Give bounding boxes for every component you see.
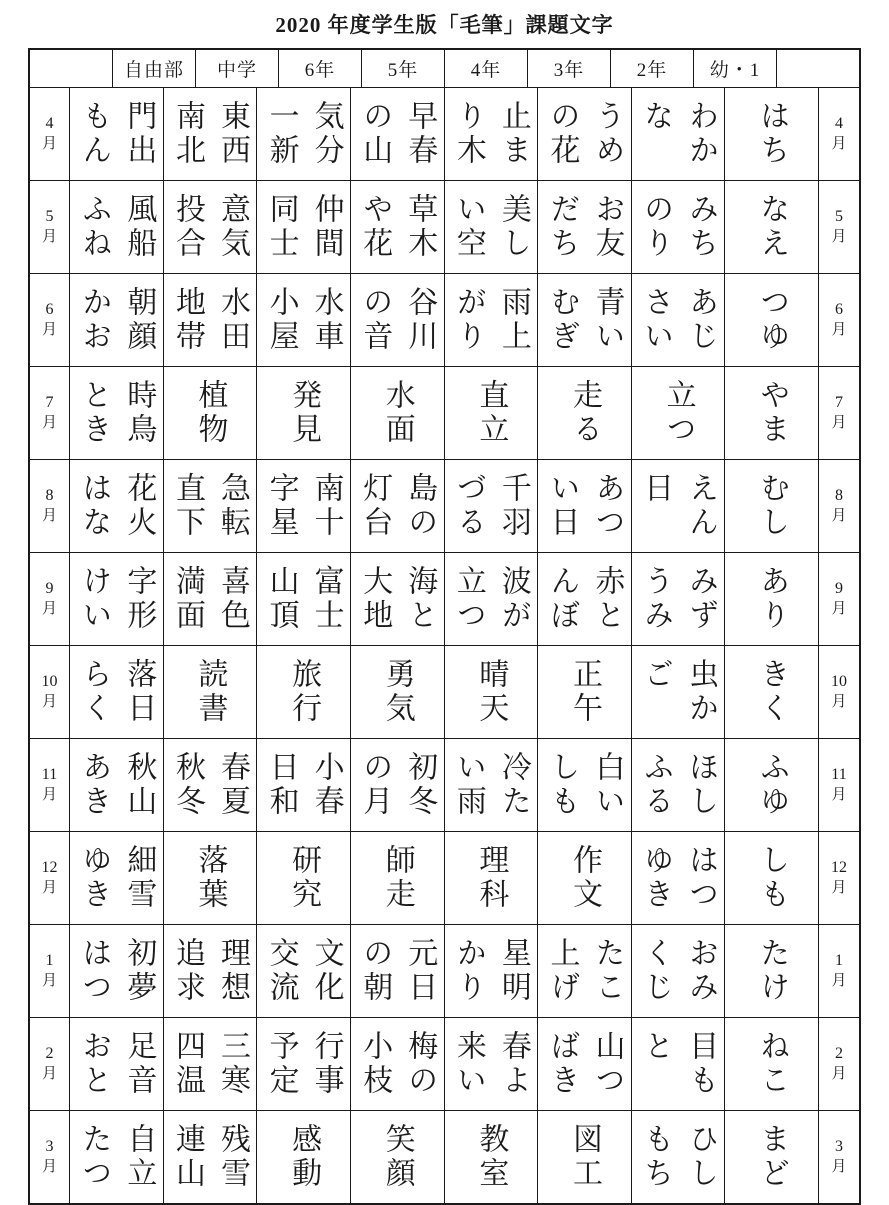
cell-text: 仲間 同士 <box>259 193 349 261</box>
month-cell-right: 7 月 <box>819 367 859 459</box>
cell-text: 元日 の朝 <box>352 937 442 1005</box>
cell-text: みち のり <box>633 193 723 261</box>
cell-5nen: 梅の 小枝 <box>351 1018 445 1110</box>
month-cell-left: 3 月 <box>30 1111 70 1203</box>
cell-text: 立つ <box>656 379 701 447</box>
cell-yoichi: しも <box>725 832 819 924</box>
cell-6nen: 旅行 <box>257 646 351 738</box>
cell-3nen: あつ い日 <box>538 460 632 552</box>
cell-text: たこ 上げ <box>539 937 629 1005</box>
table-row: 9 月 字形 けい 喜色 満面 富士 山頂 海と 大地 波が 立つ 赤と んぼ … <box>30 552 859 645</box>
cell-text: 初夢 はつ <box>71 937 161 1005</box>
month-cell-left: 7 月 <box>30 367 70 459</box>
cell-text: 初冬 の月 <box>352 751 442 819</box>
cell-text: 富士 山頂 <box>259 565 349 633</box>
month-number: 11 <box>831 767 846 783</box>
cell-text: ふゆ <box>749 751 794 819</box>
cell-text: 島の 灯台 <box>352 472 442 540</box>
cell-5nen: 草木 や花 <box>351 181 445 273</box>
cell-text: 三寒 四温 <box>165 1030 255 1098</box>
month-cell-left: 11 月 <box>30 739 70 831</box>
cell-3nen: 山つ ばき <box>538 1018 632 1110</box>
cell-4nen: 春よ 来い <box>445 1018 539 1110</box>
cell-3nen: 赤と んぼ <box>538 553 632 645</box>
cell-yoichi: たけ <box>725 925 819 1017</box>
cell-6nen: 富士 山頂 <box>257 553 351 645</box>
cell-text: 水面 <box>375 379 420 447</box>
cell-2nen: はつ ゆき <box>632 832 726 924</box>
cell-chugaku: 落葉 <box>164 832 258 924</box>
cell-jiyubu: 朝顔 かお <box>70 274 164 366</box>
month-cell-left: 2 月 <box>30 1018 70 1110</box>
cell-text: 直立 <box>468 379 513 447</box>
cell-5nen: 島の 灯台 <box>351 460 445 552</box>
month-cell-right: 1 月 <box>819 925 859 1017</box>
month-suffix: 月 <box>831 416 846 431</box>
cell-yoichi: ねこ <box>725 1018 819 1110</box>
cell-2nen: みず うみ <box>632 553 726 645</box>
month-cell-right: 5 月 <box>819 181 859 273</box>
cell-text: 山つ ばき <box>539 1030 629 1098</box>
cell-text: 白い しも <box>539 751 629 819</box>
cell-2nen: ひし もち <box>632 1111 726 1203</box>
cell-text: 秋山 あき <box>71 751 161 819</box>
month-cell-left: 10 月 <box>30 646 70 738</box>
cell-text: 春よ 来い <box>446 1030 536 1098</box>
cell-4nen: 直立 <box>445 367 539 459</box>
month-number: 12 <box>831 860 847 876</box>
cell-2nen: わか な <box>632 88 726 180</box>
cell-text: まど <box>749 1123 794 1191</box>
cell-3nen: 図工 <box>538 1111 632 1203</box>
cell-chugaku: 喜色 満面 <box>164 553 258 645</box>
cell-text: 図工 <box>562 1123 607 1191</box>
cell-text: きく <box>749 658 794 726</box>
cell-6nen: 小春 日和 <box>257 739 351 831</box>
month-suffix: 月 <box>831 323 846 338</box>
table-row: 10 月 落日 らく 読書 旅行 勇気 晴天 正午 虫か ご きく 10 月 <box>30 645 859 738</box>
header-cell-chugaku: 中学 <box>196 50 279 87</box>
month-suffix: 月 <box>831 974 846 989</box>
month-suffix: 月 <box>42 788 57 803</box>
cell-jiyubu: 門出 もん <box>70 88 164 180</box>
month-number: 3 <box>835 1139 843 1155</box>
cell-4nen: 理科 <box>445 832 539 924</box>
cell-yoichi: まど <box>725 1111 819 1203</box>
month-cell-right: 8 月 <box>819 460 859 552</box>
month-suffix: 月 <box>42 1067 57 1082</box>
cell-jiyubu: 字形 けい <box>70 553 164 645</box>
cell-6nen: 研究 <box>257 832 351 924</box>
cell-text: 文化 交流 <box>259 937 349 1005</box>
cell-yoichi: ふゆ <box>725 739 819 831</box>
cell-4nen: 教室 <box>445 1111 539 1203</box>
cell-text: ねこ <box>749 1030 794 1098</box>
cell-text: 春夏 秋冬 <box>165 751 255 819</box>
cell-text: 足音 おと <box>71 1030 161 1098</box>
header-cell-5nen: 5年 <box>362 50 445 87</box>
cell-text: はつ ゆき <box>633 844 723 912</box>
month-number: 6 <box>835 302 843 318</box>
cell-4nen: 止ま り木 <box>445 88 539 180</box>
month-suffix: 月 <box>831 602 846 617</box>
month-suffix: 月 <box>42 416 57 431</box>
cell-text: 風船 ふね <box>71 193 161 261</box>
month-suffix: 月 <box>42 509 57 524</box>
cell-text: 笑顔 <box>375 1123 420 1191</box>
cell-text: 目も と <box>633 1030 723 1098</box>
cell-text: 赤と んぼ <box>539 565 629 633</box>
cell-text: 小春 日和 <box>259 751 349 819</box>
cell-text: むし <box>749 472 794 540</box>
cell-text: 東西 南北 <box>165 100 255 168</box>
cell-text: 朝顔 かお <box>71 286 161 354</box>
cell-2nen: 虫か ご <box>632 646 726 738</box>
month-cell-right: 3 月 <box>819 1111 859 1203</box>
cell-2nen: みち のり <box>632 181 726 273</box>
month-number: 1 <box>46 953 54 969</box>
cell-jiyubu: 花火 はな <box>70 460 164 552</box>
table-row: 3 月 自立 たつ 残雪 連山 感動 笑顔 教室 図工 ひし もち まど 3 月 <box>30 1110 859 1203</box>
month-number: 9 <box>46 581 54 597</box>
cell-text: つゆ <box>749 286 794 354</box>
month-suffix: 月 <box>831 1160 846 1175</box>
cell-text: 水車 小屋 <box>259 286 349 354</box>
month-suffix: 月 <box>831 881 846 896</box>
cell-text: 理科 <box>468 844 513 912</box>
cell-text: あり <box>749 565 794 633</box>
cell-text: なえ <box>749 193 794 261</box>
month-suffix: 月 <box>831 230 846 245</box>
cell-text: 虫か ご <box>633 658 723 726</box>
header-cell-4nen: 4年 <box>445 50 528 87</box>
cell-text: 意気 投合 <box>165 193 255 261</box>
month-suffix: 月 <box>42 881 57 896</box>
cell-text: 雨上 がり <box>446 286 536 354</box>
cell-chugaku: 春夏 秋冬 <box>164 739 258 831</box>
month-cell-right: 2 月 <box>819 1018 859 1110</box>
header-cell-blank-right <box>777 50 859 87</box>
cell-5nen: 笑顔 <box>351 1111 445 1203</box>
cell-2nen: あじ さい <box>632 274 726 366</box>
month-suffix: 月 <box>831 788 846 803</box>
cell-text: 急転 直下 <box>165 472 255 540</box>
month-cell-left: 12 月 <box>30 832 70 924</box>
cell-text: あじ さい <box>633 286 723 354</box>
cell-text: 喜色 満面 <box>165 565 255 633</box>
cell-5nen: 早春 の山 <box>351 88 445 180</box>
cell-text: 旅行 <box>281 658 326 726</box>
cell-text: 早春 の山 <box>352 100 442 168</box>
cell-text: 落葉 <box>187 844 232 912</box>
cell-text: 海と 大地 <box>352 565 442 633</box>
cell-text: 理想 追求 <box>165 937 255 1005</box>
cell-5nen: 師走 <box>351 832 445 924</box>
cell-text: うめ の花 <box>539 100 629 168</box>
cell-jiyubu: 風船 ふね <box>70 181 164 273</box>
month-number: 6 <box>46 302 54 318</box>
cell-5nen: 水面 <box>351 367 445 459</box>
table-body: 4 月 門出 もん 東西 南北 気分 一新 早春 の山 止ま り木 うめ の花 … <box>30 87 859 1203</box>
cell-yoichi: きく <box>725 646 819 738</box>
cell-text: わか な <box>633 100 723 168</box>
cell-chugaku: 急転 直下 <box>164 460 258 552</box>
table-row: 6 月 朝顔 かお 水田 地帯 水車 小屋 谷川 の音 雨上 がり 青い むぎ … <box>30 273 859 366</box>
header-cell-6nen: 6年 <box>279 50 362 87</box>
cell-chugaku: 理想 追求 <box>164 925 258 1017</box>
page-title: 2020 年度学生版「毛筆」課題文字 <box>0 0 889 39</box>
cell-text: 冷た い雨 <box>446 751 536 819</box>
month-number: 9 <box>835 581 843 597</box>
cell-4nen: 星明 かり <box>445 925 539 1017</box>
month-number: 8 <box>835 488 843 504</box>
cell-text: みず うみ <box>633 565 723 633</box>
cell-text: 花火 はな <box>71 472 161 540</box>
table-header-row: 自由部 中学 6年 5年 4年 3年 2年 幼・1 <box>30 50 859 87</box>
header-cell-jiyubu: 自由部 <box>113 50 196 87</box>
cell-6nen: 感動 <box>257 1111 351 1203</box>
assignment-table: 自由部 中学 6年 5年 4年 3年 2年 幼・1 4 月 門出 もん 東西 南… <box>28 48 861 1205</box>
cell-text: 教室 <box>468 1123 513 1191</box>
month-cell-right: 9 月 <box>819 553 859 645</box>
month-number: 10 <box>42 674 58 690</box>
cell-6nen: 文化 交流 <box>257 925 351 1017</box>
cell-text: 師走 <box>375 844 420 912</box>
month-suffix: 月 <box>42 323 57 338</box>
cell-text: 作文 <box>562 844 607 912</box>
month-suffix: 月 <box>831 1067 846 1082</box>
cell-2nen: 目も と <box>632 1018 726 1110</box>
month-number: 11 <box>42 767 57 783</box>
cell-text: しも <box>749 844 794 912</box>
cell-3nen: 正午 <box>538 646 632 738</box>
cell-chugaku: 三寒 四温 <box>164 1018 258 1110</box>
cell-4nen: 千羽 づる <box>445 460 539 552</box>
cell-text: 残雪 連山 <box>165 1123 255 1191</box>
header-cell-blank-left <box>30 50 113 87</box>
cell-jiyubu: 初夢 はつ <box>70 925 164 1017</box>
table-row: 1 月 初夢 はつ 理想 追求 文化 交流 元日 の朝 星明 かり たこ 上げ … <box>30 924 859 1017</box>
cell-yoichi: あり <box>725 553 819 645</box>
month-suffix: 月 <box>831 509 846 524</box>
cell-yoichi: はち <box>725 88 819 180</box>
cell-text: 自立 たつ <box>71 1123 161 1191</box>
cell-text: 研究 <box>281 844 326 912</box>
month-cell-left: 9 月 <box>30 553 70 645</box>
month-cell-right: 4 月 <box>819 88 859 180</box>
month-suffix: 月 <box>42 974 57 989</box>
month-cell-left: 6 月 <box>30 274 70 366</box>
cell-jiyubu: 細雪 ゆき <box>70 832 164 924</box>
cell-6nen: 発見 <box>257 367 351 459</box>
cell-2nen: えん 日 <box>632 460 726 552</box>
month-number: 10 <box>831 674 847 690</box>
table-row: 5 月 風船 ふね 意気 投合 仲間 同士 草木 や花 美し い空 お友 だち … <box>30 180 859 273</box>
cell-text: 止ま り木 <box>446 100 536 168</box>
cell-yoichi: やま <box>725 367 819 459</box>
cell-jiyubu: 時鳥 とき <box>70 367 164 459</box>
cell-text: 字形 けい <box>71 565 161 633</box>
cell-text: ほし ふる <box>633 751 723 819</box>
month-number: 5 <box>835 209 843 225</box>
cell-text: あつ い日 <box>539 472 629 540</box>
cell-text: 水田 地帯 <box>165 286 255 354</box>
month-number: 2 <box>46 1046 54 1062</box>
cell-text: 感動 <box>281 1123 326 1191</box>
cell-text: 細雪 ゆき <box>71 844 161 912</box>
cell-text: 門出 もん <box>71 100 161 168</box>
header-cell-2nen: 2年 <box>611 50 694 87</box>
cell-text: 草木 や花 <box>352 193 442 261</box>
cell-2nen: 立つ <box>632 367 726 459</box>
month-number: 5 <box>46 209 54 225</box>
cell-5nen: 勇気 <box>351 646 445 738</box>
cell-4nen: 晴天 <box>445 646 539 738</box>
month-cell-right: 10 月 <box>819 646 859 738</box>
cell-text: 波が 立つ <box>446 565 536 633</box>
cell-5nen: 元日 の朝 <box>351 925 445 1017</box>
cell-4nen: 冷た い雨 <box>445 739 539 831</box>
cell-4nen: 雨上 がり <box>445 274 539 366</box>
month-number: 4 <box>46 116 54 132</box>
cell-chugaku: 残雪 連山 <box>164 1111 258 1203</box>
cell-6nen: 行事 予定 <box>257 1018 351 1110</box>
cell-3nen: たこ 上げ <box>538 925 632 1017</box>
cell-2nen: ほし ふる <box>632 739 726 831</box>
cell-chugaku: 読書 <box>164 646 258 738</box>
table-row: 2 月 足音 おと 三寒 四温 行事 予定 梅の 小枝 春よ 来い 山つ ばき … <box>30 1017 859 1110</box>
cell-yoichi: なえ <box>725 181 819 273</box>
month-number: 1 <box>835 953 843 969</box>
cell-3nen: 走る <box>538 367 632 459</box>
cell-6nen: 南十 字星 <box>257 460 351 552</box>
table-row: 11 月 秋山 あき 春夏 秋冬 小春 日和 初冬 の月 冷た い雨 白い しも… <box>30 738 859 831</box>
month-cell-left: 4 月 <box>30 88 70 180</box>
cell-3nen: お友 だち <box>538 181 632 273</box>
cell-text: やま <box>749 379 794 447</box>
cell-yoichi: むし <box>725 460 819 552</box>
cell-text: 発見 <box>281 379 326 447</box>
cell-5nen: 海と 大地 <box>351 553 445 645</box>
cell-2nen: おみ くじ <box>632 925 726 1017</box>
cell-6nen: 気分 一新 <box>257 88 351 180</box>
cell-text: 美し い空 <box>446 193 536 261</box>
cell-3nen: うめ の花 <box>538 88 632 180</box>
cell-6nen: 仲間 同士 <box>257 181 351 273</box>
cell-4nen: 美し い空 <box>445 181 539 273</box>
cell-text: 走る <box>562 379 607 447</box>
cell-jiyubu: 落日 らく <box>70 646 164 738</box>
cell-text: 梅の 小枝 <box>352 1030 442 1098</box>
cell-jiyubu: 自立 たつ <box>70 1111 164 1203</box>
cell-text: 勇気 <box>375 658 420 726</box>
month-cell-right: 12 月 <box>819 832 859 924</box>
month-suffix: 月 <box>42 137 57 152</box>
cell-3nen: 青い むぎ <box>538 274 632 366</box>
cell-chugaku: 植物 <box>164 367 258 459</box>
month-suffix: 月 <box>831 695 846 710</box>
month-number: 3 <box>46 1139 54 1155</box>
cell-text: 落日 らく <box>71 658 161 726</box>
cell-5nen: 谷川 の音 <box>351 274 445 366</box>
month-number: 8 <box>46 488 54 504</box>
cell-text: おみ くじ <box>633 937 723 1005</box>
month-cell-right: 11 月 <box>819 739 859 831</box>
cell-text: 青い むぎ <box>539 286 629 354</box>
cell-text: 谷川 の音 <box>352 286 442 354</box>
month-suffix: 月 <box>42 230 57 245</box>
cell-text: ひし もち <box>633 1123 723 1191</box>
table-row: 12 月 細雪 ゆき 落葉 研究 師走 理科 作文 はつ ゆき しも 12 月 <box>30 831 859 924</box>
month-cell-left: 1 月 <box>30 925 70 1017</box>
cell-chugaku: 意気 投合 <box>164 181 258 273</box>
month-cell-left: 5 月 <box>30 181 70 273</box>
cell-text: 晴天 <box>468 658 513 726</box>
month-number: 4 <box>835 116 843 132</box>
month-number: 12 <box>42 860 58 876</box>
cell-text: お友 だち <box>539 193 629 261</box>
month-suffix: 月 <box>42 695 57 710</box>
cell-jiyubu: 足音 おと <box>70 1018 164 1110</box>
month-suffix: 月 <box>42 602 57 617</box>
month-suffix: 月 <box>831 137 846 152</box>
header-cell-3nen: 3年 <box>528 50 611 87</box>
month-cell-right: 6 月 <box>819 274 859 366</box>
cell-text: 気分 一新 <box>259 100 349 168</box>
cell-text: 読書 <box>187 658 232 726</box>
cell-text: 千羽 づる <box>446 472 536 540</box>
cell-text: 星明 かり <box>446 937 536 1005</box>
month-cell-left: 8 月 <box>30 460 70 552</box>
cell-text: はち <box>749 100 794 168</box>
header-cell-yoichi: 幼・1 <box>694 50 777 87</box>
cell-3nen: 白い しも <box>538 739 632 831</box>
table-row: 4 月 門出 もん 東西 南北 気分 一新 早春 の山 止ま り木 うめ の花 … <box>30 87 859 180</box>
cell-text: 南十 字星 <box>259 472 349 540</box>
cell-4nen: 波が 立つ <box>445 553 539 645</box>
month-number: 7 <box>46 395 54 411</box>
cell-text: 植物 <box>187 379 232 447</box>
table-row: 7 月 時鳥 とき 植物 発見 水面 直立 走る 立つ やま 7 月 <box>30 366 859 459</box>
cell-text: たけ <box>749 937 794 1005</box>
cell-text: 時鳥 とき <box>71 379 161 447</box>
cell-5nen: 初冬 の月 <box>351 739 445 831</box>
cell-6nen: 水車 小屋 <box>257 274 351 366</box>
table-row: 8 月 花火 はな 急転 直下 南十 字星 島の 灯台 千羽 づる あつ い日 … <box>30 459 859 552</box>
cell-text: 行事 予定 <box>259 1030 349 1098</box>
cell-chugaku: 水田 地帯 <box>164 274 258 366</box>
cell-yoichi: つゆ <box>725 274 819 366</box>
cell-3nen: 作文 <box>538 832 632 924</box>
cell-text: 正午 <box>562 658 607 726</box>
cell-chugaku: 東西 南北 <box>164 88 258 180</box>
month-number: 7 <box>835 395 843 411</box>
month-number: 2 <box>835 1046 843 1062</box>
cell-jiyubu: 秋山 あき <box>70 739 164 831</box>
month-suffix: 月 <box>42 1160 57 1175</box>
cell-text: えん 日 <box>633 472 723 540</box>
